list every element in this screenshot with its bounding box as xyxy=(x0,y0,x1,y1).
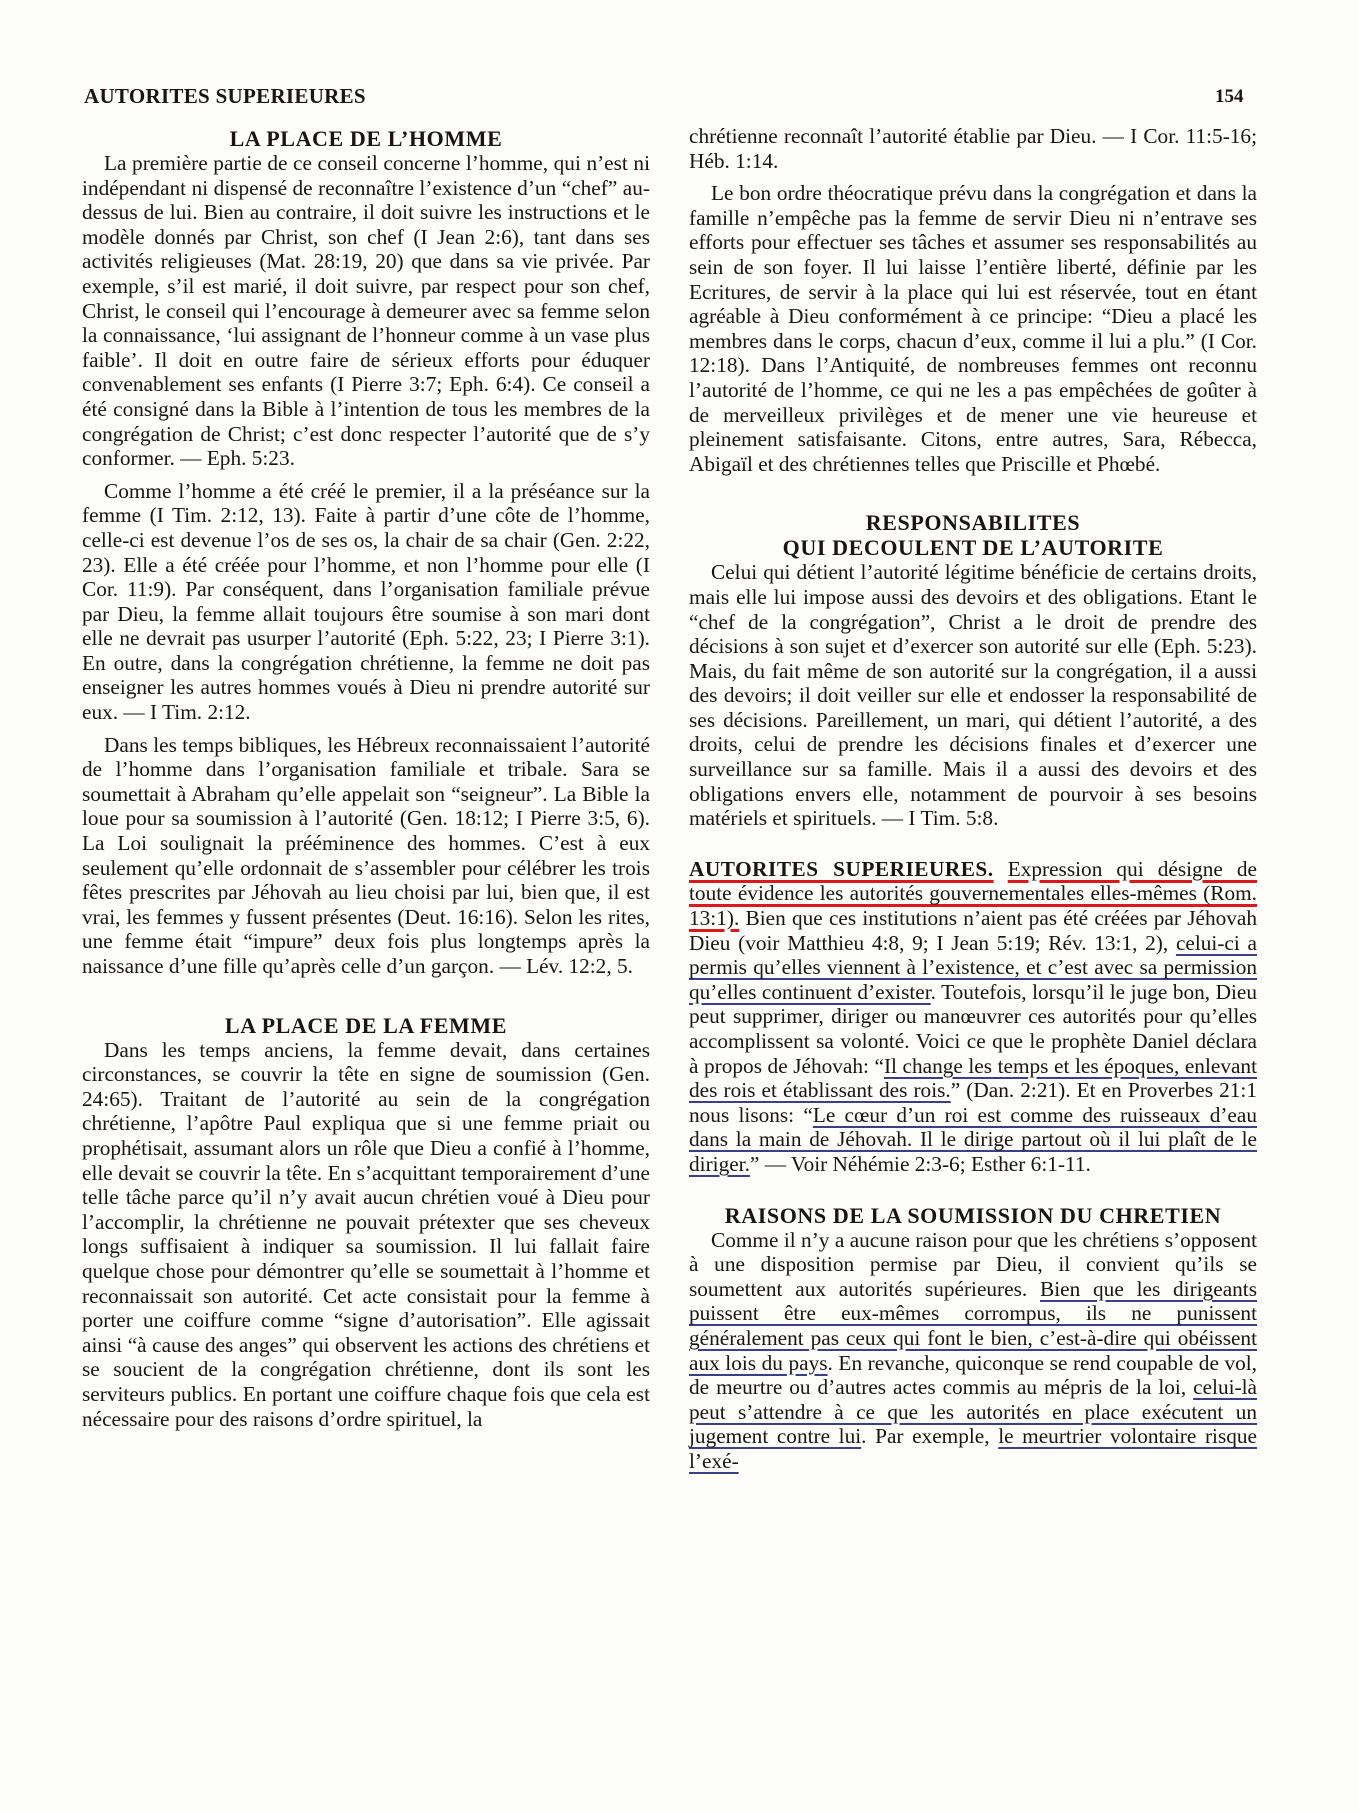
paragraph: Dans les temps bibliques, les Hébreux re… xyxy=(82,733,650,979)
dictionary-entry: AUTORITES SUPERIEURES. Expression qui dé… xyxy=(689,857,1257,1177)
paragraph: Comme l’homme a été créé le premier, il … xyxy=(82,479,650,725)
section-title-place-femme: LA PLACE DE LA FEMME xyxy=(82,1013,650,1038)
paragraph: Comme il n’y a aucune raison pour que le… xyxy=(689,1228,1257,1474)
section-title-raisons: RAISONS DE LA SOUMISSION DU CHRETIEN xyxy=(689,1203,1257,1228)
running-title: AUTORITES SUPERIEURES xyxy=(84,84,366,109)
entry-text: ” — Voir Néhémie 2:3-6; Esther 6:1-11. xyxy=(750,1152,1091,1176)
entry-headword: AUTORITES SUPERIEURES. xyxy=(689,857,994,881)
paragraph: Dans les temps anciens, la femme devait,… xyxy=(82,1038,650,1432)
section-title-responsabilites: RESPONSABILITES QUI DECOULENT DE L’AUTOR… xyxy=(689,510,1257,560)
section-title-place-homme: LA PLACE DE L’HOMME xyxy=(82,126,650,151)
section-title-line: QUI DECOULENT DE L’AUTORITE xyxy=(783,535,1164,560)
paragraph-continuation: chrétienne reconnaît l’autorité établie … xyxy=(689,124,1257,173)
paragraph: Le bon ordre théocratique prévu dans la … xyxy=(689,181,1257,476)
section-title-line: RESPONSABILITES xyxy=(866,510,1080,535)
page-number: 154 xyxy=(1215,86,1244,108)
paragraph: Celui qui détient l’autorité légitime bé… xyxy=(689,560,1257,831)
text: . Par exemple, xyxy=(861,1424,998,1448)
left-column: LA PLACE DE L’HOMME La première partie d… xyxy=(82,126,650,1431)
right-column: chrétienne reconnaît l’autorité établie … xyxy=(689,124,1257,1474)
entry-text: Bien que ces institutions n’aient pas ét… xyxy=(689,906,1257,955)
paragraph: La première partie de ce conseil concern… xyxy=(82,151,650,471)
scanned-page: AUTORITES SUPERIEURES 154 LA PLACE DE L’… xyxy=(0,0,1359,1811)
